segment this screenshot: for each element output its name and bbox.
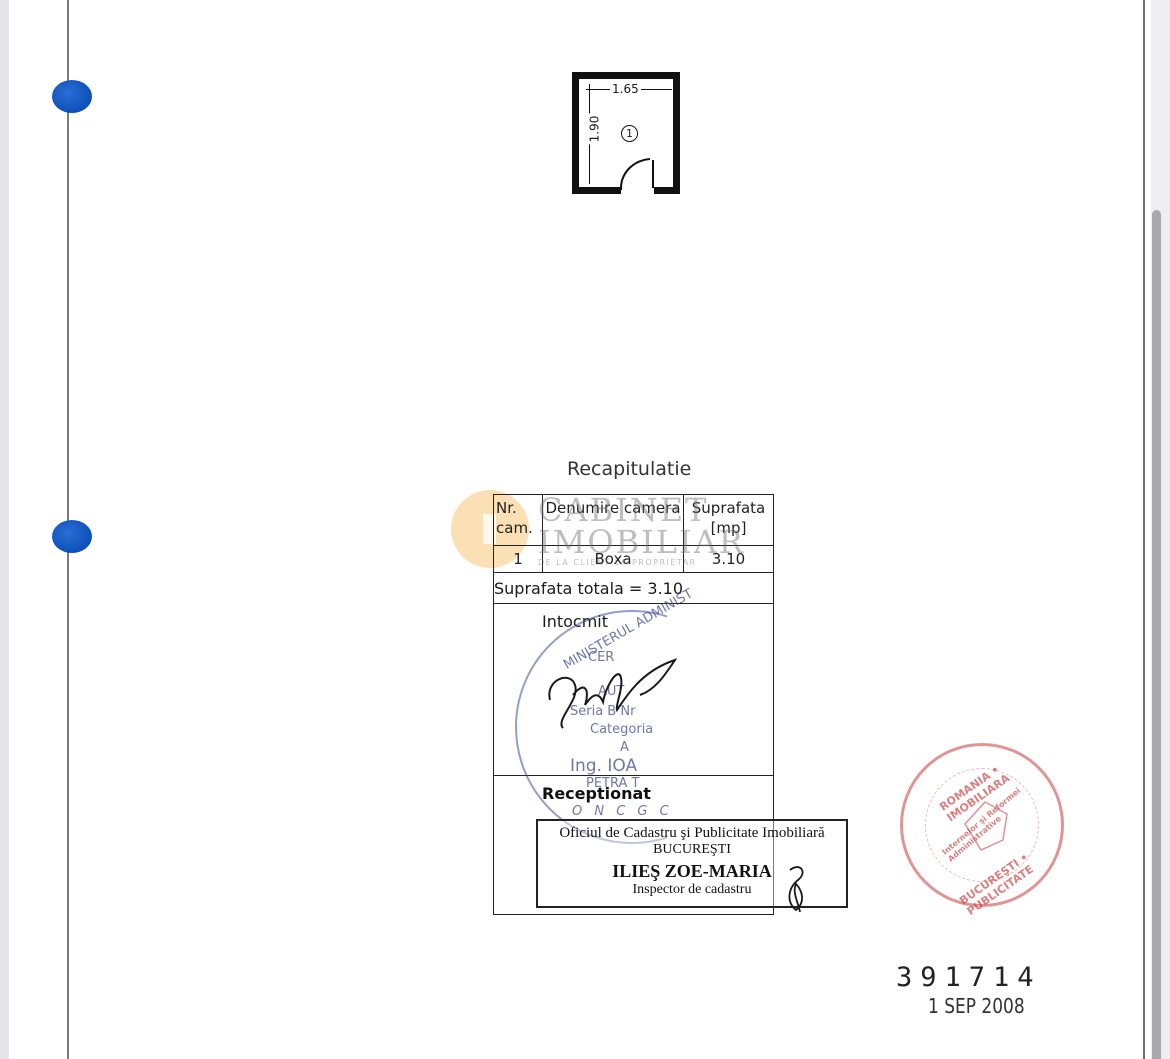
cell-nr: 1 [494, 546, 543, 572]
page-edge [1143, 0, 1145, 1059]
inspector-signature-icon [782, 862, 814, 914]
ocpi-city: BUCUREŞTI [538, 842, 846, 858]
room-number: 1 [621, 125, 638, 142]
ink-stamp-line: O N C G C [572, 804, 673, 819]
registration-date: 1 SEP 2008 [928, 994, 1025, 1018]
red-official-stamp: ROMANIA • IMOBILIARA Internelor şi Refor… [900, 743, 1064, 907]
punch-hole [52, 80, 92, 113]
signature-icon [545, 650, 685, 730]
scrollbar-thumb[interactable] [1152, 210, 1161, 1059]
total-row: Suprafata totala = 3.10 [494, 573, 773, 604]
door-leaf [652, 160, 654, 188]
floor-plan: 1.65 1.90 1 [572, 72, 680, 194]
ink-stamp-line: A [620, 740, 629, 755]
ink-stamp-line: PETRA T [586, 776, 639, 791]
width-dimension: 1.65 [610, 82, 641, 96]
header-nr: Nr. cam. [494, 495, 543, 545]
height-dimension: 1.90 [587, 114, 601, 145]
punch-hole [52, 520, 92, 553]
coat-of-arms-icon [955, 794, 1017, 856]
ink-stamp-line: Ing. IOA [570, 756, 637, 776]
page-left-shade [0, 0, 9, 1059]
watermark-text: CABINET IMOBILIAR DE LA CLIENT LA PROPRI… [538, 494, 745, 567]
recap-title: Recapitulatie [567, 458, 691, 480]
registration-number: 391714 [896, 962, 1042, 993]
ocpi-office: Oficiul de Cadastru şi Publicitate Imobi… [538, 825, 846, 842]
